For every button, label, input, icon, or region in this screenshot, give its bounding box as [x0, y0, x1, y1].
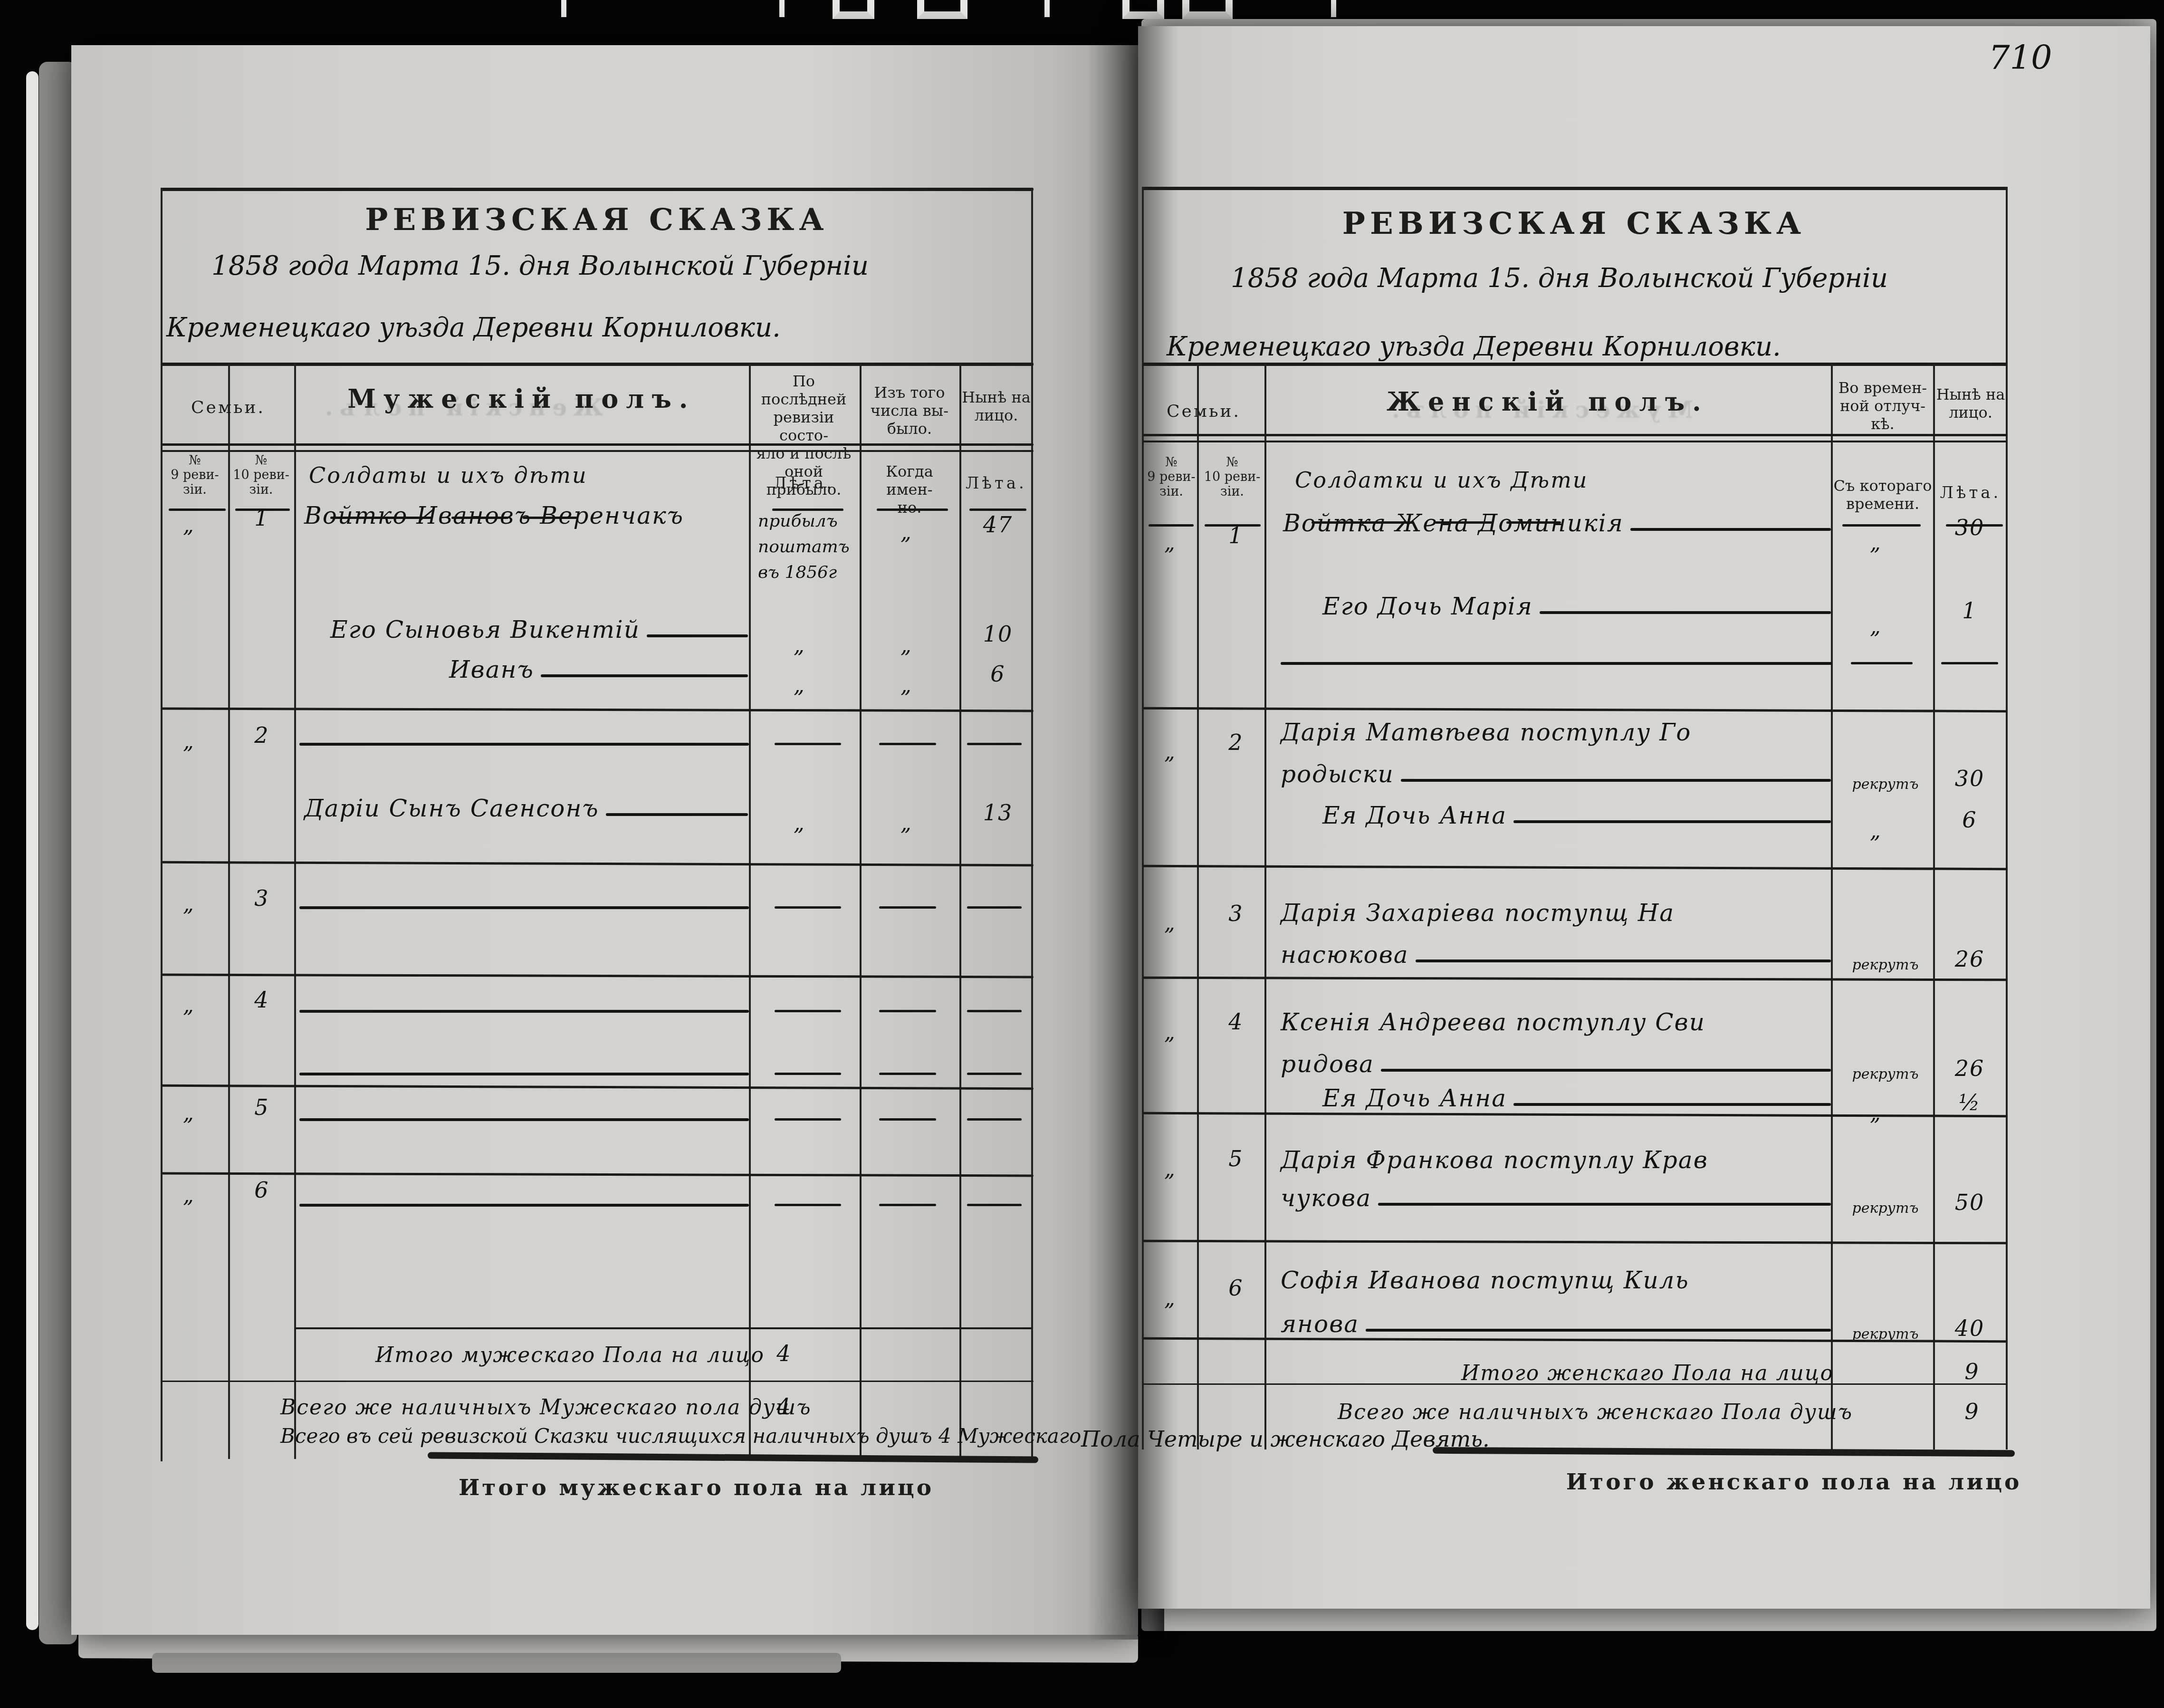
column-header-absence: Во времен- ной отлуч- кѣ.	[1833, 379, 1933, 433]
column-line	[228, 364, 230, 1459]
ditto-mark: „	[900, 520, 911, 545]
fill-rule	[1381, 1069, 1831, 1072]
total-label: Всего же наличныхъ женскаго Пола душъ	[1338, 1401, 1853, 1425]
person-name: Даріи Сынъ Саенсонъ	[304, 795, 599, 823]
film-notch	[779, 0, 785, 17]
total-row: Итого женскаго Пола на лицо	[1461, 1362, 1837, 1386]
footer-caption: Итого женскаго пола на лицо	[1461, 1469, 2126, 1495]
ditto-mark: „	[1164, 1020, 1175, 1045]
ditto-mark: „	[1870, 819, 1881, 843]
blank-dash	[879, 743, 936, 745]
person-row: Его Сыновья Викентій	[330, 616, 749, 644]
fill-rule	[1366, 1329, 1831, 1332]
column-header-main: Мужескій полъ.	[294, 384, 749, 414]
film-notch	[1331, 0, 1336, 17]
blank-dash	[879, 1118, 936, 1121]
fill-rule	[541, 674, 748, 677]
grand-total-continuation: Пола Четыре и женскаго Девять.	[1081, 1426, 1490, 1452]
person-name: Софія Иванова поступщ Киль	[1281, 1267, 1689, 1295]
blank-rule	[299, 906, 749, 909]
footer-caption: Итого мужескаго пола на лицо	[356, 1475, 1036, 1501]
person-row: Ея Дочь Анна	[1322, 1085, 1832, 1113]
fill-rule	[1540, 611, 1831, 614]
fill-rule	[606, 813, 748, 816]
person-name: Ея Дочь Анна	[1322, 1085, 1507, 1113]
total-row: Всего же наличныхъ Мужескаго пола душъ	[280, 1396, 756, 1420]
film-notch	[1044, 0, 1050, 17]
column-header-departed: Изъ того числа вы- было.	[862, 384, 957, 438]
place-line: Кременецкаго уѣзда Деревни Корниловки.	[166, 312, 781, 343]
person-row: родыски	[1281, 761, 1832, 788]
person-row: Иванъ	[449, 656, 749, 684]
age-value: 6	[965, 661, 1031, 687]
rule-line	[169, 509, 226, 511]
column-line	[1933, 364, 1935, 1449]
blank-dash	[1941, 662, 1998, 664]
place-line: Кременецкаго уѣзда Деревни Корниловки.	[1167, 331, 1781, 362]
fill-rule	[1378, 1203, 1831, 1206]
film-notch	[1122, 0, 1164, 19]
ditto-mark: „	[1164, 911, 1175, 935]
age-value: ½	[1939, 1090, 2001, 1115]
ditto-mark: „	[1164, 740, 1175, 764]
person-row: чукова	[1281, 1185, 1832, 1212]
ditto-mark: „	[183, 1101, 194, 1125]
age-value: 50	[1939, 1190, 2001, 1215]
age-value: 26	[1939, 946, 2001, 972]
ditto-mark: „	[1164, 531, 1175, 555]
document-title: РЕВИЗСКАЯ СКАЗКА	[1143, 206, 2005, 241]
ditto-mark: „	[900, 633, 911, 658]
date-line: 1858 года Марта 15. дня Волынской Губерн…	[211, 250, 869, 281]
person-row: насюкова	[1281, 941, 1832, 969]
rule-line	[162, 363, 1034, 366]
divider-line	[1143, 865, 2007, 870]
age-value: 40	[1939, 1315, 2001, 1341]
film-notch	[1182, 0, 1233, 19]
ditto-mark: „	[900, 811, 911, 835]
blank-dash	[775, 1204, 841, 1206]
divider-line	[1143, 1240, 2007, 1245]
divider-line	[162, 1084, 1034, 1090]
ditto-mark: „	[183, 993, 194, 1017]
divider-line	[162, 708, 1034, 712]
document-title: РЕВИЗСКАЯ СКАЗКА	[162, 202, 1032, 238]
blank-dash	[879, 1073, 936, 1075]
fill-rule	[1513, 820, 1831, 823]
ditto-mark: „	[900, 673, 911, 698]
column-line	[1142, 187, 1144, 1449]
rule-line	[428, 1452, 1038, 1463]
ditto-mark: „	[1870, 614, 1881, 639]
total-value: 9	[1944, 1399, 2001, 1424]
blank-dash	[1851, 662, 1913, 664]
total-label: Итого женскаго Пола на лицо	[1461, 1362, 1834, 1386]
age-value: 1	[1939, 598, 2001, 624]
blank-dash	[879, 1010, 936, 1012]
subheader-when: Когда имен- но.	[862, 462, 957, 517]
column-header-family: Семьи.	[162, 398, 295, 417]
rule-line	[1842, 524, 1921, 527]
blank-dash	[775, 743, 841, 745]
person-name: насюкова	[1281, 941, 1409, 969]
recruit-note: рекрутъ	[1834, 776, 1936, 793]
column-line	[959, 364, 961, 1459]
divider-line	[1143, 707, 2007, 712]
blank-dash	[967, 743, 1022, 745]
person-name: родыски	[1281, 761, 1394, 788]
column-header-family: Семьи.	[1143, 402, 1264, 421]
rule-line	[162, 450, 1034, 452]
recruit-note: рекрутъ	[1834, 957, 1936, 973]
rule-line	[162, 443, 1034, 446]
ditto-mark: „	[794, 633, 804, 658]
blank-rule	[299, 1204, 749, 1207]
blank-dash	[967, 1118, 1022, 1121]
family-number: 6	[235, 1177, 287, 1203]
person-row: Дарія Захаріева поступщ На	[1281, 900, 1832, 927]
total-row: Итого мужескаго Пола на лицо	[375, 1343, 756, 1368]
family-number: 6	[1209, 1275, 1262, 1301]
film-notch	[833, 0, 874, 19]
rule-line	[1143, 187, 2007, 190]
column-line	[749, 364, 751, 1459]
person-row: Войтко Ивановъ Веренчакъ	[304, 502, 746, 530]
blank-dash	[775, 906, 841, 909]
film-notch	[561, 0, 566, 17]
age-value: 30	[1939, 766, 2001, 791]
fill-rule	[1416, 960, 1831, 962]
divider-line	[295, 1327, 1032, 1329]
total-value: 9	[1944, 1359, 2001, 1384]
recruit-note: рекрутъ	[1834, 1066, 1936, 1083]
fill-rule	[1630, 528, 1831, 531]
divider-line	[162, 1381, 1034, 1382]
sheet-edge	[152, 1653, 841, 1673]
blank-dash	[967, 906, 1022, 909]
blank-dash	[879, 1204, 936, 1206]
total-label: Всего же наличныхъ Мужескаго пола душъ	[280, 1396, 812, 1420]
ditto-mark: „	[1164, 1286, 1175, 1311]
blank-dash	[775, 1010, 841, 1012]
recruit-note: рекрутъ	[1834, 1200, 1936, 1217]
family-number: 1	[1209, 523, 1262, 548]
person-name: Ксенія Андреева поступлу Сви	[1281, 1009, 1705, 1036]
person-row: Его Дочь Марія	[1322, 593, 1832, 621]
blank-dash	[967, 1010, 1022, 1012]
subheader-rev9: № 9 реви- зіи.	[163, 453, 227, 497]
column-header-present: Нынѣ на лицо.	[962, 388, 1031, 424]
fill-rule	[647, 634, 748, 637]
person-name: Его Дочь Марія	[1322, 593, 1533, 621]
column-line	[1197, 364, 1199, 1449]
column-line	[860, 364, 862, 1459]
person-row: ридова	[1281, 1051, 1832, 1078]
revision-note: прибылъ поштатъ въ 1856г	[758, 509, 858, 585]
person-name: Ея Дочь Анна	[1322, 802, 1507, 830]
film-notch	[917, 0, 967, 19]
person-row: Дарія Матвѣева поступлу Го	[1281, 719, 1832, 747]
age-value: 30	[1939, 515, 2001, 540]
ditto-mark: „	[794, 673, 804, 698]
subheader-years: Лѣта.	[1935, 483, 2006, 502]
rule-line	[1149, 524, 1194, 527]
family-number: 2	[235, 722, 287, 748]
blank-rule	[1281, 662, 1832, 665]
person-row: Войтка Жена Доминикія	[1283, 510, 1832, 537]
person-row: Софія Иванова поступщ Киль	[1281, 1267, 1832, 1295]
column-line	[161, 188, 163, 1461]
column-line	[1264, 364, 1266, 1449]
rule-line	[1433, 1447, 2015, 1457]
subheader-rev10: № 10 реви- зіи.	[1199, 455, 1265, 499]
ditto-mark: „	[183, 892, 194, 916]
blank-dash	[775, 1073, 841, 1075]
divider-line	[1143, 977, 2007, 981]
sheet-edge	[26, 71, 38, 1630]
rule-line	[1143, 434, 2007, 436]
blank-dash	[879, 906, 936, 909]
subheader-rev10: № 10 реви- зіи.	[229, 453, 293, 497]
divider-line	[162, 1172, 1034, 1177]
fill-rule	[1401, 779, 1831, 782]
person-row: Дарія Франкова поступлу Крав	[1281, 1147, 1832, 1174]
age-value: 10	[965, 621, 1031, 647]
blank-rule	[299, 1010, 749, 1013]
subheader-rev9: № 9 реви- зіи.	[1145, 455, 1198, 499]
blank-dash	[775, 1118, 841, 1121]
blank-rule	[299, 1118, 749, 1121]
total-value: 4	[758, 1394, 810, 1420]
rule-line	[969, 509, 1026, 511]
subheader-years: Лѣта.	[753, 474, 855, 493]
family-number: 3	[235, 885, 287, 911]
total-value: 4	[758, 1341, 810, 1366]
column-header-main: Женскій полъ.	[1264, 386, 1831, 417]
total-row: Всего же наличныхъ женскаго Пола душъ	[1338, 1401, 1837, 1425]
blank-rule	[299, 1073, 749, 1075]
rule-line	[1143, 363, 2007, 366]
divider-line	[162, 974, 1034, 979]
family-number: 5	[1209, 1146, 1262, 1171]
person-name: Дарія Захаріева поступщ На	[1281, 900, 1675, 927]
ditto-mark: „	[1870, 1101, 1881, 1125]
ditto-mark: „	[183, 1183, 194, 1208]
divider-line	[162, 861, 1034, 866]
age-value: 13	[965, 800, 1031, 825]
person-row: янова	[1281, 1311, 1832, 1338]
family-number: 5	[235, 1094, 287, 1120]
left-page: Женскій полъ. РЕВИЗСКАЯ СКАЗКА 1858 года…	[71, 45, 1138, 1635]
age-value: 26	[1939, 1056, 2001, 1081]
grand-total-line: Всего въ сей ревизской Сказки числящихся…	[280, 1424, 1081, 1448]
subheader-names-handwritten: Солдатки и ихъ Дѣти	[1295, 467, 1588, 493]
blank-dash	[967, 1073, 1022, 1075]
ditto-mark: „	[183, 729, 194, 754]
column-line	[2006, 187, 2008, 1449]
person-name: Его Сыновья Викентій	[330, 616, 640, 644]
total-label: Итого мужескаго Пола на лицо	[375, 1343, 765, 1368]
family-number: 4	[1209, 1009, 1262, 1035]
rule-line	[1143, 441, 2007, 442]
rule-line	[162, 188, 1034, 191]
age-value: 6	[1939, 807, 2001, 833]
date-line: 1858 года Марта 15. дня Волынской Губерн…	[1231, 263, 1888, 294]
ditto-mark: „	[1164, 1157, 1175, 1181]
subheader-names-handwritten: Солдаты и ихъ дѣти	[309, 462, 588, 488]
family-number: 1	[235, 505, 287, 531]
right-page: 710 Мужескій полъ. РЕВИЗСКАЯ СКАЗКА 1858…	[1138, 26, 2150, 1609]
ditto-mark: „	[794, 811, 804, 835]
column-header-present: Нынѣ на лицо.	[1935, 385, 2006, 422]
column-line	[294, 364, 296, 1459]
ditto-mark: „	[183, 513, 194, 537]
ditto-mark: „	[1870, 531, 1881, 555]
microfilm-scan: Женскій полъ. РЕВИЗСКАЯ СКАЗКА 1858 года…	[0, 0, 2164, 1708]
person-row: Даріи Сынъ Саенсонъ	[304, 795, 749, 823]
divider-line	[1143, 1383, 2007, 1385]
family-number: 2	[1209, 729, 1262, 755]
age-value: 47	[965, 512, 1031, 537]
family-number: 3	[1209, 901, 1262, 926]
person-name: чукова	[1281, 1185, 1371, 1212]
person-row: Ксенія Андреева поступлу Сви	[1281, 1009, 1832, 1036]
blank-dash	[967, 1204, 1022, 1206]
fill-rule	[1513, 1103, 1831, 1106]
blank-rule	[299, 743, 749, 746]
binding-shadow	[1138, 26, 1178, 1609]
person-name: Войтко Ивановъ Веренчакъ	[304, 502, 684, 530]
person-name: Дарія Франкова поступлу Крав	[1281, 1147, 1708, 1174]
family-number: 4	[235, 987, 287, 1013]
person-name: Иванъ	[449, 656, 534, 684]
column-line	[1031, 188, 1033, 1461]
person-name: ридова	[1281, 1051, 1374, 1078]
subheader-since-when: Съ котораго времени.	[1833, 477, 1933, 513]
person-name: Дарія Матвѣева поступлу Го	[1281, 719, 1691, 747]
subheader-years: Лѣта.	[962, 474, 1031, 493]
person-row: Ея Дочь Анна	[1322, 802, 1832, 830]
person-name: янова	[1281, 1311, 1359, 1338]
page-number: 710	[1989, 38, 2052, 77]
person-name: Войтка Жена Доминикія	[1283, 510, 1624, 537]
